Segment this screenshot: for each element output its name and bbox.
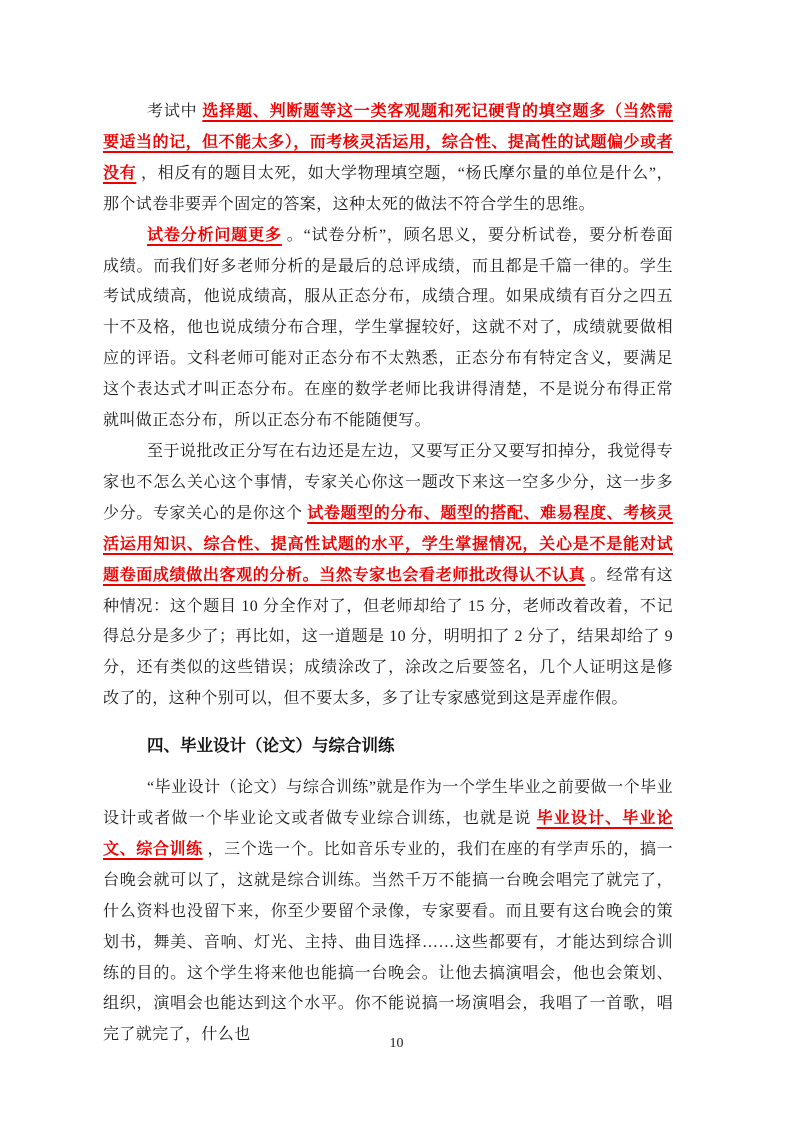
- paragraph-exam-analysis: 试卷分析问题更多 。“试卷分析”，顾名思义，要分析试卷，要分析卷面成绩。而我们好…: [103, 221, 673, 437]
- paragraph-exam-questions: 考试中 选择题、判断题等这一类客观题和死记硬背的填空题多（当然需要适当的记，但不…: [103, 97, 673, 221]
- paragraph-graduation-design: “毕业设计（论文）与综合训练”就是作为一个学生毕业之前要做一个毕业设计或者做一个…: [103, 773, 673, 1051]
- document-page: 考试中 选择题、判断题等这一类客观题和死记硬背的填空题多（当然需要适当的记，但不…: [0, 0, 793, 1122]
- body-run: 。经常有这种情况：这个题目 10 分全作对了，但老师却给了 15 分，老师改着改…: [103, 567, 673, 708]
- page-number: 10: [0, 1036, 793, 1052]
- section-heading: 四、毕业设计（论文）与综合训练: [103, 731, 673, 762]
- body-run: ，三个选一个。比如音乐专业的，我们在座的有学声乐的，搞一台晚会就可以了，这就是综…: [103, 841, 673, 1043]
- body-run: 考试中: [147, 103, 197, 120]
- body-run: ，相反有的题目太死，如大学物理填空题，“杨氏摩尔量的单位是什么”，那个试卷非要弄…: [103, 165, 673, 213]
- paragraph-grading-concerns: 至于说批改正分写在右边还是左边，又要写正分又要写扣掉分，我觉得专家也不怎么关心这…: [103, 437, 673, 715]
- emphasis-run: 试卷分析问题更多: [147, 227, 282, 244]
- document-body: 考试中 选择题、判断题等这一类客观题和死记硬背的填空题多（当然需要适当的记，但不…: [103, 97, 673, 1051]
- body-run: 。“试卷分析”，顾名思义，要分析试卷，要分析卷面成绩。而我们好多老师分析的是最后…: [103, 227, 673, 429]
